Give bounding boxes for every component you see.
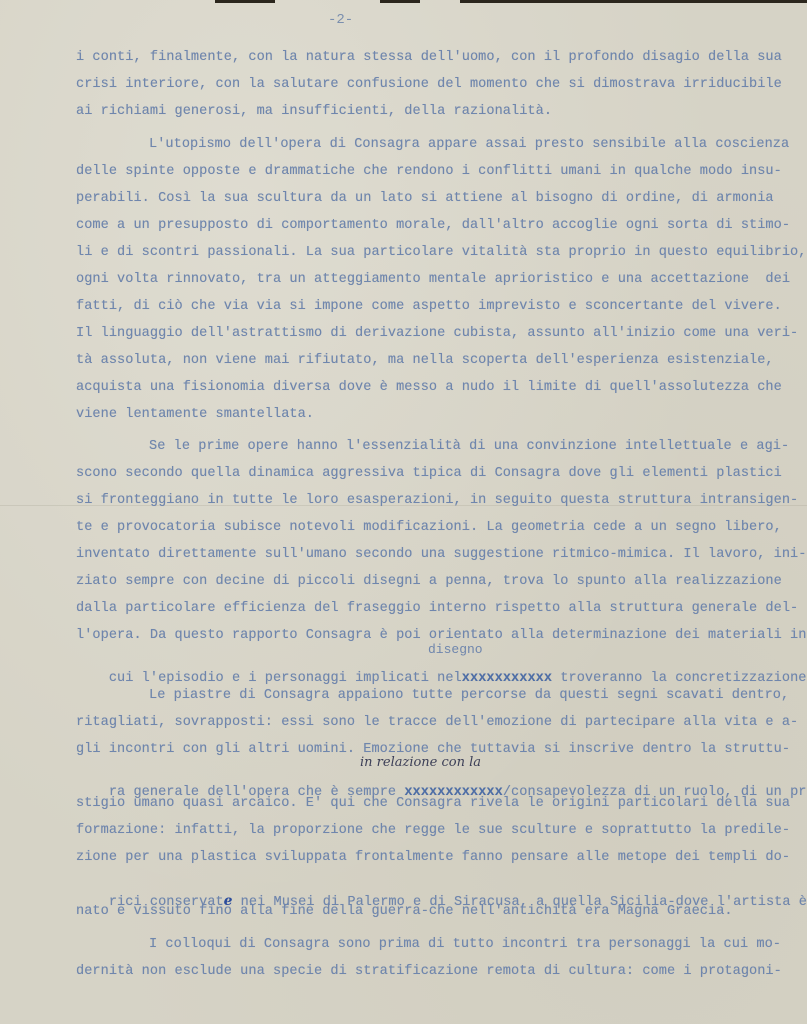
typed-line: nato e vissuto fino alla fine della guer…	[76, 904, 733, 920]
paragraph-first-line: Se le prime opere hanno l'essenzialità d…	[149, 439, 789, 455]
paragraph-first-line: Le piastre di Consagra appaiono tutte pe…	[149, 688, 789, 704]
typed-line: scono secondo quella dinamica aggressiva…	[76, 466, 782, 482]
typed-line: fatti, di ciò che via via si impone come…	[76, 299, 782, 315]
typed-line: ziato sempre con decine di piccoli diseg…	[76, 574, 782, 590]
typed-line: formazione: infatti, la proporzione che …	[76, 823, 790, 839]
typed-line: ai richiami generosi, ma insufficienti, …	[76, 104, 552, 120]
typed-line: acquista una fisionomia diversa dove è m…	[76, 380, 782, 396]
typed-line: crisi interiore, con la salutare confusi…	[76, 77, 782, 93]
typed-line: viene lentamente smantellata.	[76, 407, 314, 423]
typed-line: perabili. Così la sua scultura da un lat…	[76, 191, 774, 207]
typed-line: dernità non esclude una specie di strati…	[76, 964, 782, 980]
line-text: cui l'episodio e i personaggi implicati …	[109, 671, 462, 686]
page-number: -2-	[328, 12, 353, 28]
typed-line: inventato direttamente sull'umano second…	[76, 547, 806, 563]
typed-line: si fronteggiano in tutte le loro esasper…	[76, 493, 798, 509]
struck-out-text: xxxxxxxxxxx	[462, 671, 552, 686]
typed-line: delle spinte opposte e drammatiche che r…	[76, 164, 782, 180]
typed-line: ritagliati, sovrapposti: essi sono le tr…	[76, 715, 798, 731]
paragraph-first-line: I colloqui di Consagra sono prima di tut…	[149, 937, 781, 953]
typed-line: l'opera. Da questo rapporto Consagra è p…	[76, 628, 806, 644]
typed-line: stigio umano quasi arcaico. E' qui che C…	[76, 796, 790, 812]
line-text: troveranno la concretizzazione.	[552, 671, 807, 686]
interlinear-correction: disegno	[428, 642, 483, 657]
typed-line: te e provocatoria subisce notevoli modif…	[76, 520, 782, 536]
typed-line: Il linguaggio dell'astrattismo di deriva…	[76, 326, 798, 342]
typed-line: tà assoluta, non viene mai rifiutato, ma…	[76, 353, 774, 369]
typed-line: i conti, finalmente, con la natura stess…	[76, 50, 782, 66]
scan-edge-shadow	[460, 0, 807, 3]
typed-line: li e di scontri passionali. La sua parti…	[76, 245, 806, 261]
typed-line: zione per una plastica sviluppata fronta…	[76, 850, 790, 866]
typed-line: ogni volta rinnovato, tra un atteggiamen…	[76, 272, 790, 288]
scan-top-edge	[0, 0, 807, 3]
scan-edge-shadow	[215, 0, 275, 3]
scan-edge-shadow	[380, 0, 420, 3]
typed-line: come a un presupposto di comportamento m…	[76, 218, 790, 234]
paragraph-first-line: L'utopismo dell'opera di Consagra appare…	[149, 137, 789, 153]
typed-line: dalla particolare efficienza del frasegg…	[76, 601, 798, 617]
typed-line: gli incontri con gli altri uomini. Emozi…	[76, 742, 790, 758]
